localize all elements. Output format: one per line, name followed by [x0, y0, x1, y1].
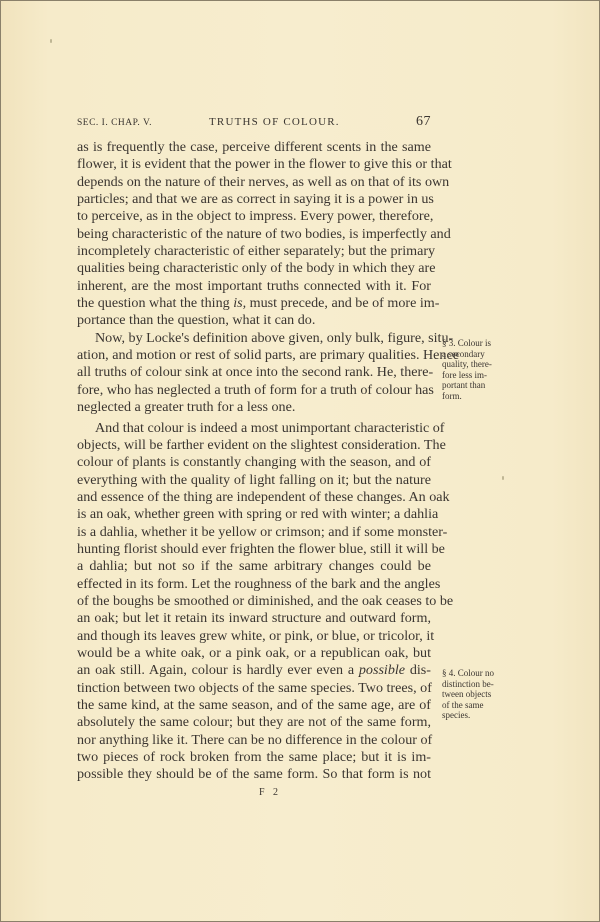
sidenote-line: portant than: [442, 380, 532, 391]
text-line: an oak; but let it retain its inward str…: [77, 610, 431, 627]
chapter-title: TRUTHS OF COLOUR.: [209, 116, 340, 128]
text-line: is an oak, whether green with spring or …: [77, 506, 431, 523]
text-line: all truths of colour sink at once into t…: [77, 364, 431, 381]
text-line: objects, will be farther evident on the …: [77, 437, 431, 454]
text-line: would be a white oak, or a pink oak, or …: [77, 645, 431, 662]
paper-speck: [50, 39, 52, 43]
text-line: particles; and that we are as correct in…: [77, 191, 431, 208]
text-line: the same kind, at the same season, and o…: [77, 697, 431, 714]
text-line: absolutely the same colour; but they are…: [77, 714, 431, 731]
text-segment: an oak still. Again, colour is hardly ev…: [77, 662, 359, 678]
text-line: tinction between two objects of the same…: [77, 680, 431, 697]
text-line: depends on the nature of their nerves, a…: [77, 174, 431, 191]
sidenote-line: distinction be-: [442, 679, 532, 690]
text-line: the question what the thing is, must pre…: [77, 295, 431, 312]
text-segment: must precede, and be of more im-: [246, 295, 439, 311]
sidenote-section-4: § 4. Colour no distinction be- tween obj…: [442, 668, 532, 721]
text-line: neglected a greater truth for a less one…: [77, 399, 431, 416]
paper-speck: [502, 476, 504, 480]
signature-mark: F 2: [259, 787, 281, 798]
book-page: SEC. I. CHAP. V. TRUTHS OF COLOUR. 67 as…: [0, 0, 600, 922]
text-line: of the boughs be smoothed or diminished,…: [77, 593, 431, 610]
body-text: as is frequently the case, perceive diff…: [77, 139, 431, 784]
sidenote-line: § 3. Colour is: [442, 338, 532, 349]
sidenote-line: species.: [442, 710, 532, 721]
text-line: and essence of the thing are independent…: [77, 489, 431, 506]
text-line: And that colour is indeed a most unimpor…: [77, 420, 431, 437]
text-line: portance than the question, what it can …: [77, 312, 431, 329]
text-line: nor anything like it. There can be no di…: [77, 732, 431, 749]
sidenote-line: fore less im-: [442, 370, 532, 381]
sidenote-line: form.: [442, 391, 532, 402]
text-line: two pieces of rock broken from the same …: [77, 749, 431, 766]
text-line: Now, by Locke's definition above given, …: [77, 330, 431, 347]
text-line: fore, who has neglected a truth of form …: [77, 382, 431, 399]
sidenote-line: quality, there-: [442, 359, 532, 370]
sidenote-line: of the same: [442, 700, 532, 711]
sidenote-line: § 4. Colour no: [442, 668, 532, 679]
text-segment: the question what the thing: [77, 295, 233, 311]
text-line: everything with the quality of light fal…: [77, 472, 431, 489]
sidenote-line: a secondary: [442, 349, 532, 360]
text-line: being characteristic of the nature of tw…: [77, 226, 431, 243]
page-number: 67: [416, 114, 431, 130]
paragraph-1: as is frequently the case, perceive diff…: [77, 139, 431, 330]
text-line: hunting florist should ever frighten the…: [77, 541, 431, 558]
text-line: to perceive, as in the object to impress…: [77, 208, 431, 225]
sidenote-line: tween objects: [442, 689, 532, 700]
running-head: SEC. I. CHAP. V. TRUTHS OF COLOUR. 67: [77, 115, 431, 131]
text-line: and though its leaves grew white, or pin…: [77, 628, 431, 645]
text-line: is a dahlia, whether it be yellow or cri…: [77, 524, 431, 541]
text-line: an oak still. Again, colour is hardly ev…: [77, 662, 431, 679]
section-chapter-label: SEC. I. CHAP. V.: [77, 118, 152, 128]
text-line: as is frequently the case, perceive diff…: [77, 139, 431, 156]
italic-word: possible: [359, 662, 405, 678]
text-segment: dis-: [405, 662, 431, 678]
text-line: incompletely characteristic of either se…: [77, 243, 431, 260]
text-line: qualities being characteristic only of t…: [77, 260, 431, 277]
paragraph-3: And that colour is indeed a most unimpor…: [77, 420, 431, 784]
text-line: colour of plants is constantly changing …: [77, 454, 431, 471]
italic-word: is,: [233, 295, 246, 311]
text-line: possible they should be of the same form…: [77, 766, 431, 783]
text-line: inherent, are the most important truths …: [77, 278, 431, 295]
paragraph-2: Now, by Locke's definition above given, …: [77, 330, 431, 417]
sidenote-section-3: § 3. Colour is a secondary quality, ther…: [442, 338, 532, 401]
text-line: effected in its form. Let the roughness …: [77, 576, 431, 593]
text-line: a dahlia; but not so if the same arbitra…: [77, 558, 431, 575]
text-line: flower, it is evident that the power in …: [77, 156, 431, 173]
text-line: ation, and motion or rest of solid parts…: [77, 347, 431, 364]
